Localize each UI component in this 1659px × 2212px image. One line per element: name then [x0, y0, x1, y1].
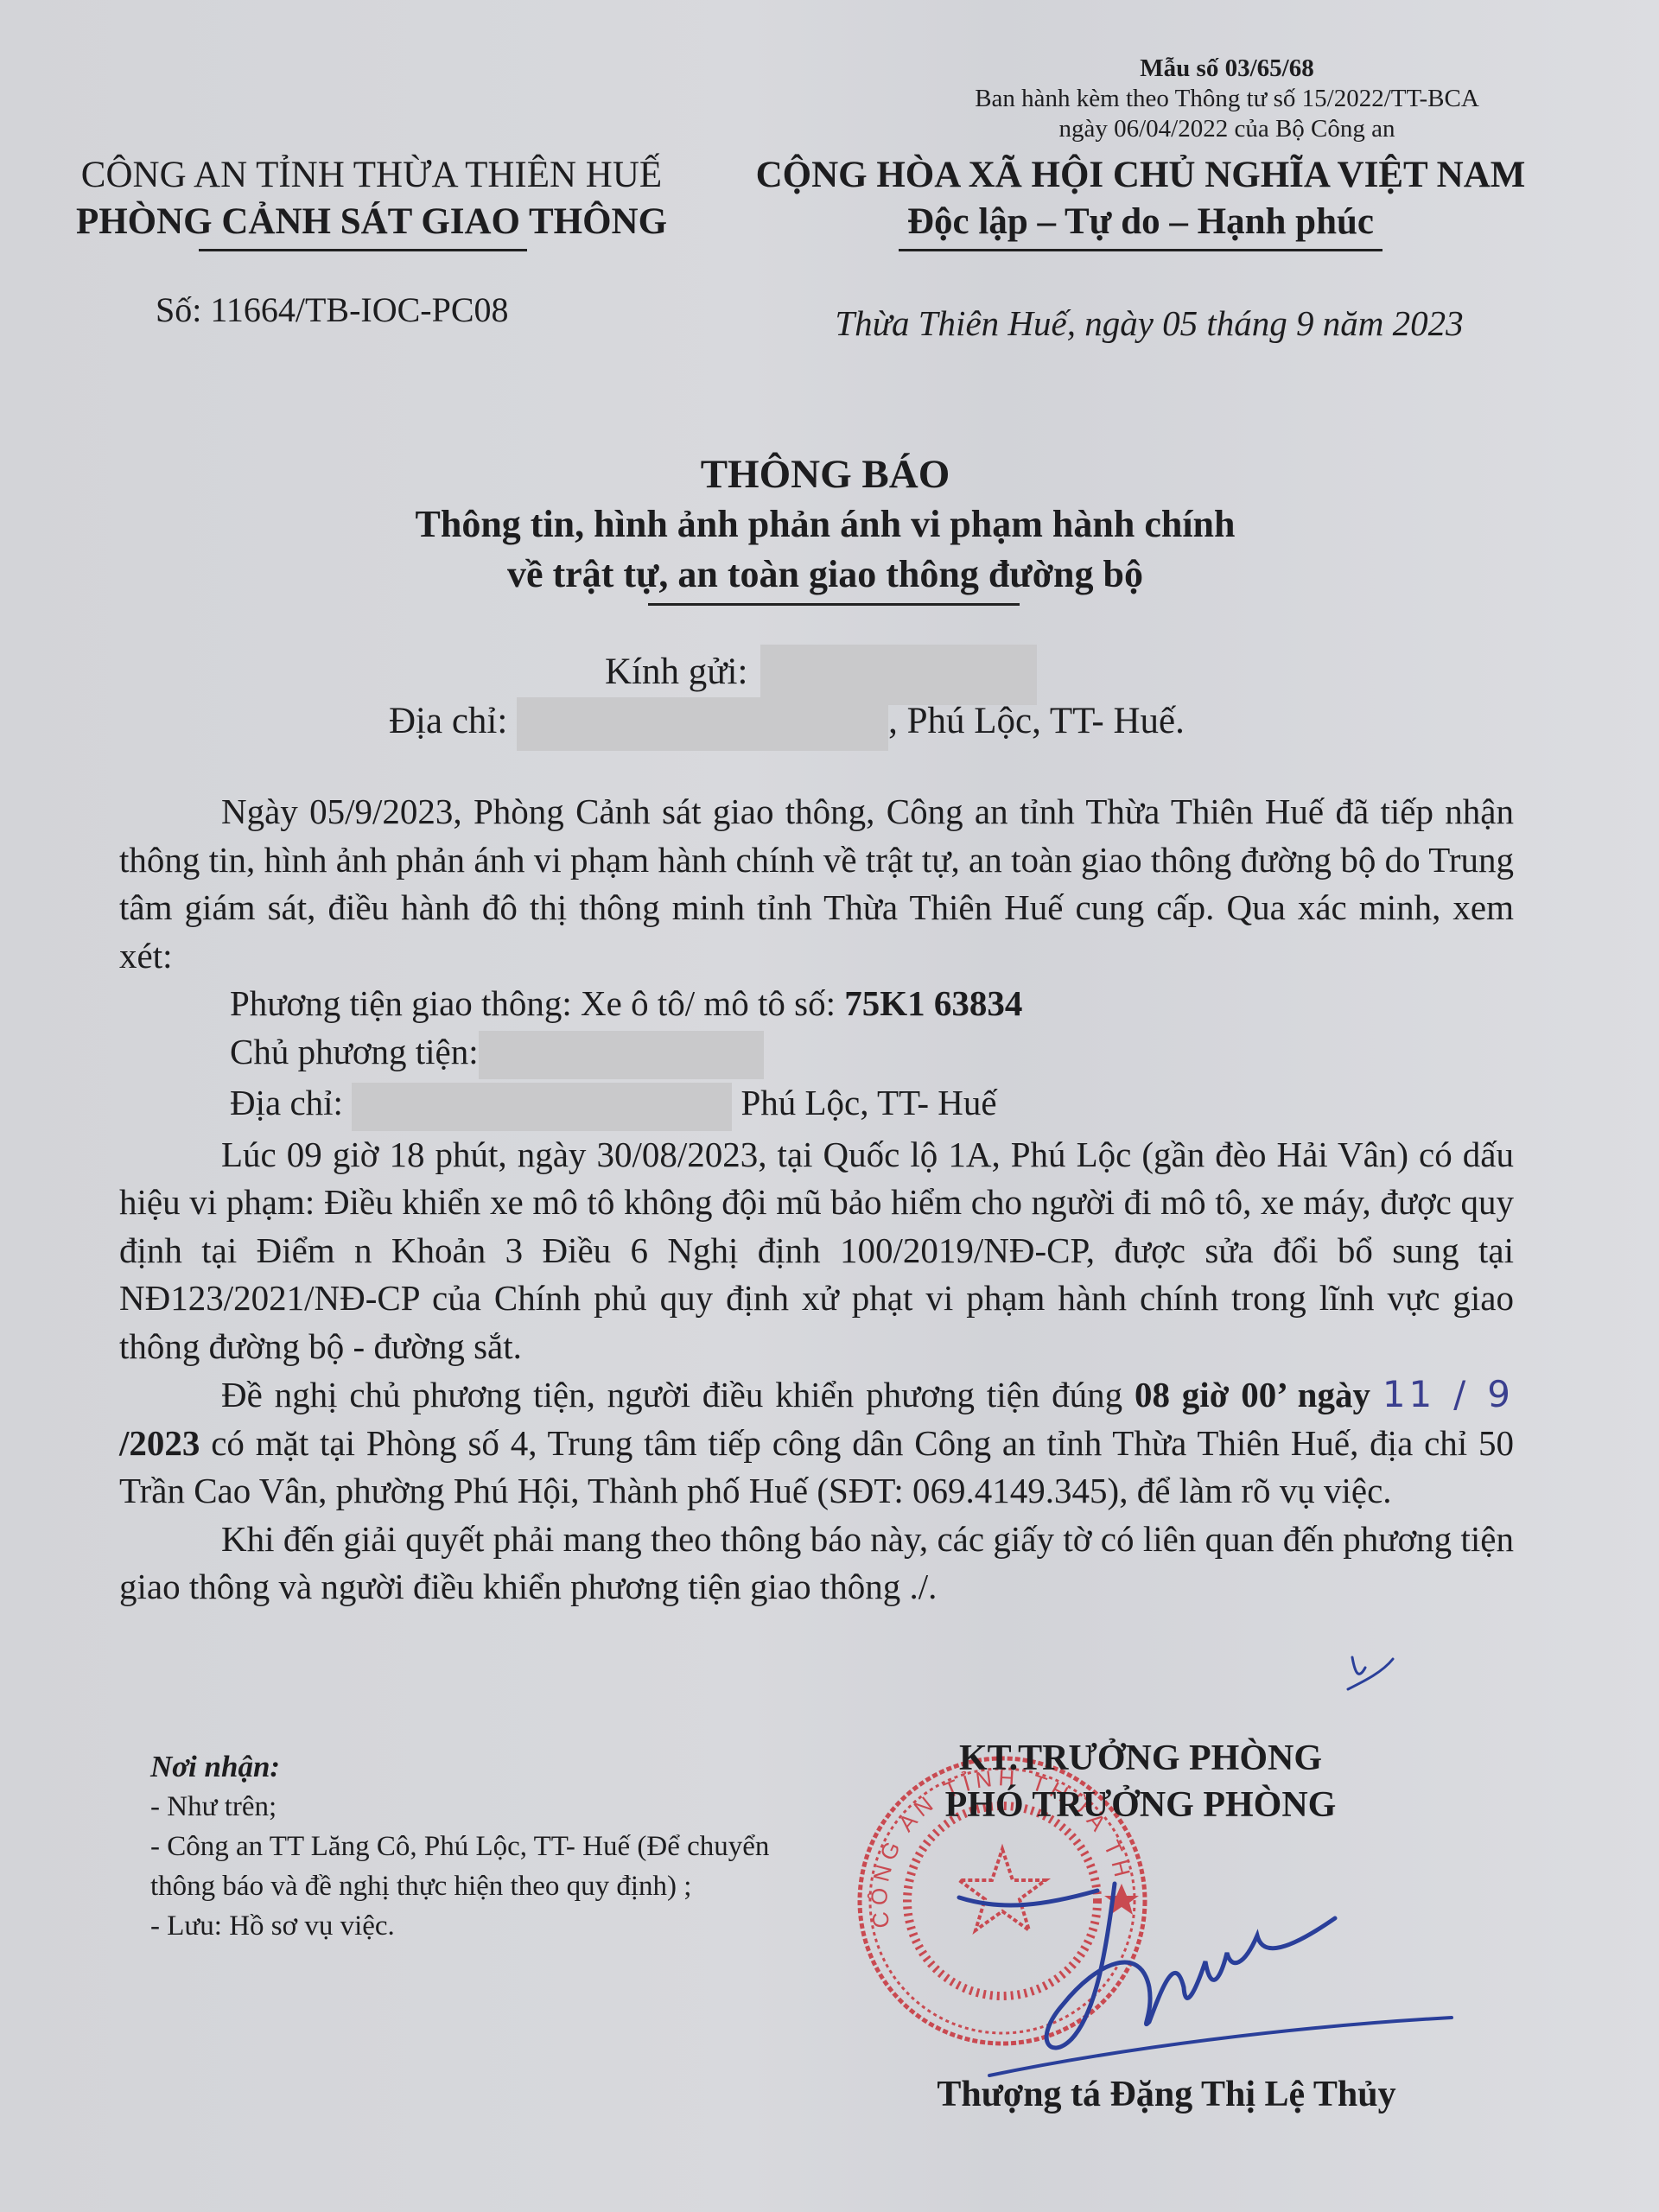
paragraph-violation: Lúc 09 giờ 18 phút, ngày 30/08/2023, tại…	[119, 1131, 1514, 1371]
vehicle-line: Phương tiện giao thông: Xe ô tô/ mô tô s…	[119, 980, 1514, 1028]
recipient-item: - Như trên;	[150, 1787, 807, 1827]
paragraph-closing: Khi đến giải quyết phải mang theo thông …	[119, 1516, 1514, 1611]
recipients-block: Nơi nhận: - Như trên; - Công an TT Lăng …	[150, 1747, 807, 1946]
addressee-label: Kính gửi:	[605, 652, 747, 692]
owner-line: Chủ phương tiện:	[119, 1028, 1514, 1080]
owner-address-line: Địa chỉ: Phú Lộc, TT- Huế	[119, 1079, 1514, 1131]
country-name: CỘNG HÒA XÃ HỘI CHỦ NGHĨA VIỆT NAM	[709, 152, 1573, 199]
form-issued-date: ngày 06/04/2022 của Bộ Công an	[881, 114, 1573, 144]
summons-time: 08 giờ 00’ ngày	[1135, 1375, 1370, 1414]
summons-year: /2023	[119, 1423, 200, 1463]
form-issued-with: Ban hành kèm theo Thông tư số 15/2022/TT…	[881, 84, 1573, 114]
title-line-2: về trật tự, an toàn giao thông đường bộ	[328, 550, 1322, 600]
recipient-item: - Công an TT Lăng Cô, Phú Lộc, TT- Huế (…	[150, 1827, 807, 1906]
address-label: Địa chỉ:	[389, 701, 507, 741]
recipient-item: - Lưu: Hồ sơ vụ việc.	[150, 1906, 807, 1946]
national-motto: Độc lập – Tự do – Hạnh phúc	[709, 199, 1573, 245]
issuer-underline	[199, 249, 527, 251]
vehicle-plate: 75K1 63834	[844, 983, 1022, 1023]
national-header: CỘNG HÒA XÃ HỘI CHỦ NGHĨA VIỆT NAM Độc l…	[709, 152, 1573, 251]
motto-underline	[899, 249, 1382, 251]
owner-address-suffix: Phú Lộc, TT- Huế	[741, 1083, 996, 1122]
title-line-1: Thông tin, hình ảnh phản ánh vi phạm hàn…	[328, 499, 1322, 550]
signer-name: Thượng tá Đặng Thị Lệ Thủy	[864, 2074, 1469, 2115]
summons-rest: có mặt tại Phòng số 4, Trung tâm tiếp cô…	[119, 1423, 1514, 1511]
handwritten-date: 11 / 9	[1382, 1373, 1514, 1415]
form-number: Mẫu số 03/65/68	[881, 54, 1573, 84]
recipients-heading: Nơi nhận:	[150, 1747, 807, 1787]
paragraph-intro: Ngày 05/9/2023, Phòng Cảnh sát giao thôn…	[119, 788, 1514, 980]
place-date: Thừa Thiên Huế, ngày 05 tháng 9 năm 2023	[778, 302, 1521, 344]
form-reference: Mẫu số 03/65/68 Ban hành kèm theo Thông …	[881, 54, 1573, 144]
owner-address-label: Địa chỉ:	[230, 1083, 343, 1122]
address-suffix: , Phú Lộc, TT- Huế.	[888, 701, 1185, 741]
document-number: Số: 11664/TB-IOC-PC08	[156, 289, 509, 330]
signature-line-2: PHÓ TRƯỞNG PHÒNG	[864, 1782, 1417, 1828]
owner-label: Chủ phương tiện:	[230, 1032, 479, 1071]
handwritten-signature-icon	[959, 1657, 1452, 2075]
document-body: Ngày 05/9/2023, Phòng Cảnh sát giao thôn…	[119, 788, 1514, 1611]
issuer-agency: CÔNG AN TỈNH THỪA THIÊN HUẾ	[35, 152, 709, 199]
issuer-header: CÔNG AN TỈNH THỪA THIÊN HUẾ PHÒNG CẢNH S…	[35, 152, 709, 251]
document-title: THÔNG BÁO Thông tin, hình ảnh phản ánh v…	[328, 449, 1322, 606]
redacted-owner	[479, 1031, 764, 1079]
title-underline	[648, 603, 1020, 606]
redacted-address	[517, 697, 888, 751]
vehicle-label: Phương tiện giao thông: Xe ô tô/ mô tô s…	[230, 983, 844, 1023]
signature-title: KT.TRƯỞNG PHÒNG PHÓ TRƯỞNG PHÒNG	[864, 1735, 1417, 1828]
addressee-address: Địa chỉ: , Phú Lộc, TT- Huế.	[389, 696, 1185, 751]
paragraph-summons: Đề nghị chủ phương tiện, người điều khiể…	[119, 1370, 1514, 1516]
redacted-owner-address	[352, 1083, 732, 1131]
summons-start: Đề nghị chủ phương tiện, người điều khiể…	[221, 1375, 1135, 1414]
issuer-department: PHÒNG CẢNH SÁT GIAO THÔNG	[35, 199, 709, 245]
title-main: THÔNG BÁO	[328, 449, 1322, 499]
signature-line-1: KT.TRƯỞNG PHÒNG	[864, 1735, 1417, 1782]
